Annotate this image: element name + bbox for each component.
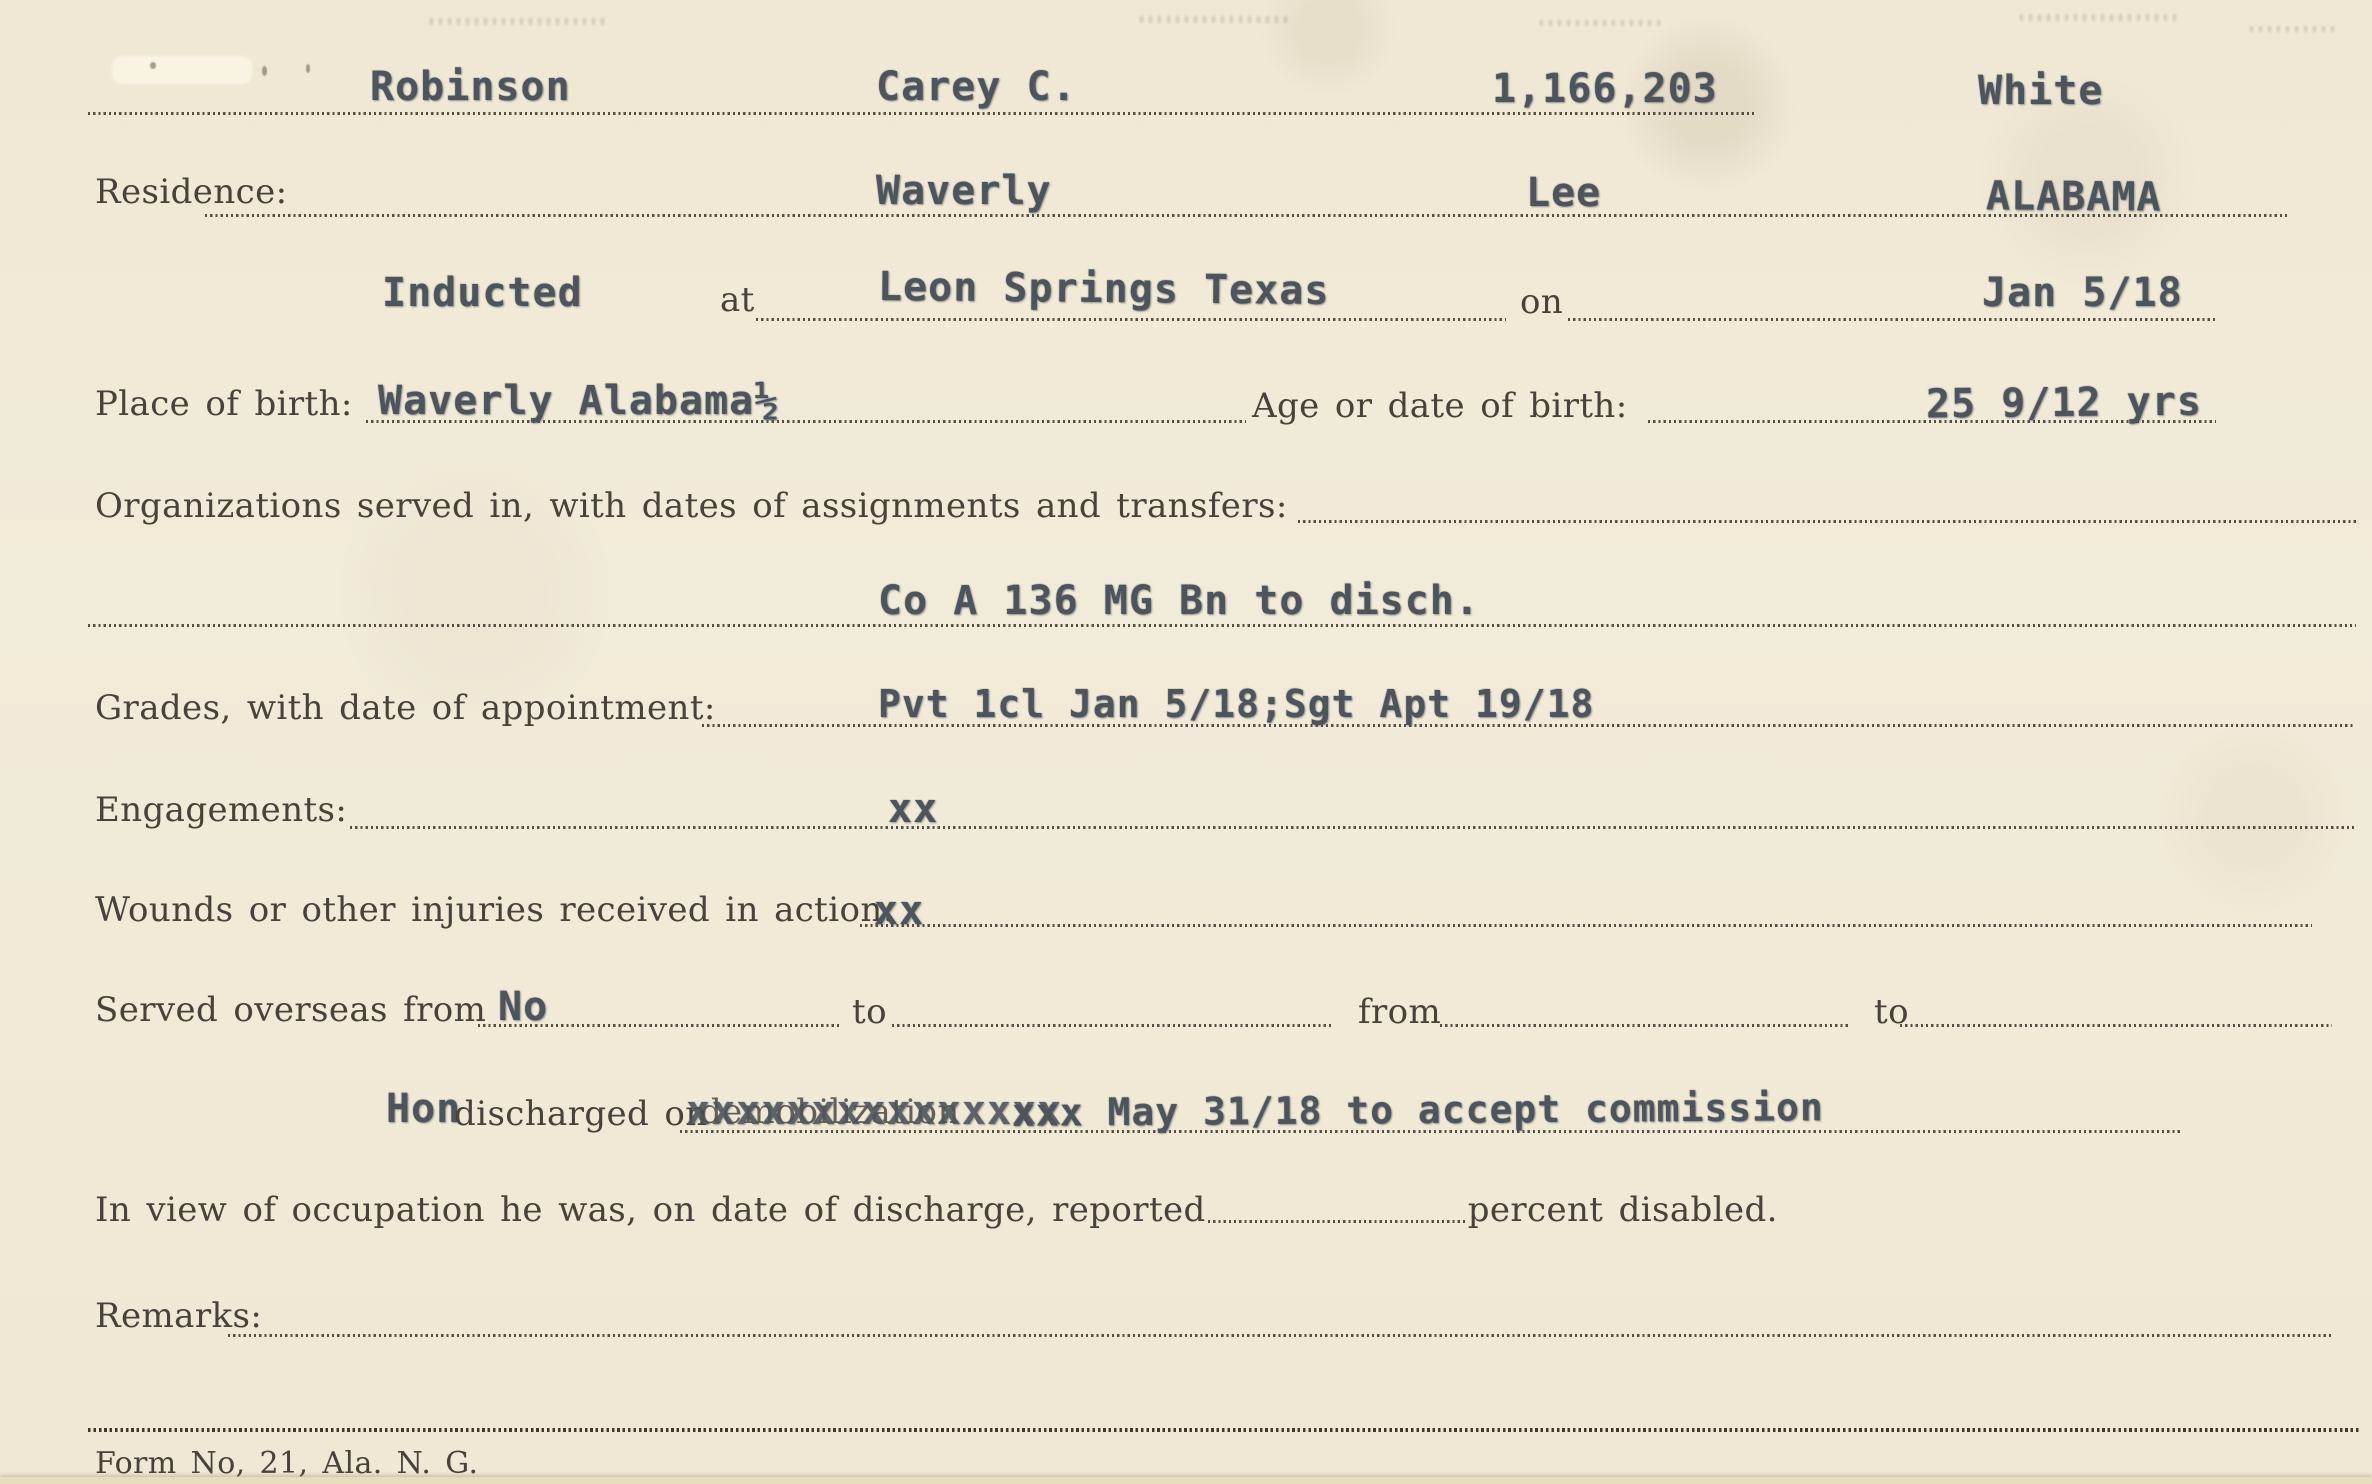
field-grades: Pvt 1cl Jan 5/18;Sgt Apt 19/18 [878, 682, 1594, 726]
field-residence-county: Lee [1526, 170, 1601, 216]
overseas-to-label-2: to [1874, 992, 1909, 1032]
disability-label-before: In view of occupation he was, on date of… [95, 1190, 1206, 1230]
field-inducted: Inducted [382, 270, 583, 316]
inducted-at-label: at [720, 280, 755, 320]
pencil-mark [262, 66, 267, 76]
overseas-from-label-2: from [1358, 992, 1441, 1032]
dotted-line [1440, 1024, 1850, 1027]
engagements-label: Engagements: [95, 790, 347, 830]
ghost-smudge [1540, 20, 1660, 26]
dotted-line [88, 624, 2356, 627]
inducted-on-label: on [1520, 282, 1563, 322]
pencil-mark [150, 62, 156, 69]
whiteout-patch [112, 56, 252, 84]
dotted-line [350, 826, 2356, 829]
field-organizations: Co A 136 MG Bn to disch. [878, 578, 1480, 624]
dotted-line [892, 1024, 1332, 1027]
dotted-line [860, 924, 2312, 927]
dotted-line [1568, 318, 2216, 321]
ghost-smudge [430, 18, 610, 25]
field-induction-place: Leon Springs Texas [878, 264, 1330, 314]
field-overseas-from: No [498, 984, 548, 1030]
dotted-line [756, 318, 1506, 321]
pencil-mark [306, 64, 310, 73]
field-given-name: Carey C. [876, 64, 1077, 110]
field-race: White [1978, 68, 2103, 114]
disability-label-after: percent disabled. [1468, 1190, 1778, 1230]
overseas-to-label-1: to [852, 992, 887, 1032]
residence-label: Residence: [95, 172, 287, 212]
card-bottom-edge [0, 1477, 2372, 1484]
dotted-line [205, 214, 2290, 217]
dotted-line [1208, 1220, 1466, 1223]
footer-divider-line [88, 1428, 2360, 1432]
field-engagements: xx [888, 786, 938, 832]
strike-xxxx-overlay: xxxxxxxxxxxxxxx [686, 1088, 1062, 1134]
field-serial-number: 1,166,203 [1492, 66, 1718, 112]
age-label: Age or date of birth: [1252, 386, 1628, 426]
dotted-line [88, 112, 1755, 115]
field-discharge-date: xxx May 31/18 to accept commission [1012, 1085, 1824, 1135]
remarks-label: Remarks: [95, 1296, 262, 1336]
field-residence-state: ALABAMA [1986, 173, 2162, 220]
field-age: 25 9/12 yrs [1926, 379, 2202, 428]
dotted-line [228, 1334, 2332, 1337]
field-residence-city: Waverly [876, 168, 1052, 214]
grades-label: Grades, with date of appointment: [95, 688, 716, 728]
form-number: Form No, 21, Ala. N. G. [95, 1446, 478, 1481]
discharged-on-label: discharged on [454, 1094, 708, 1134]
ghost-smudge [1140, 16, 1290, 23]
service-record-card: Robinson Carey C. 1,166,203 White Reside… [0, 0, 2372, 1484]
wounds-label: Wounds or other injuries received in act… [95, 890, 895, 930]
field-discharge-hon: Hon [386, 1086, 461, 1132]
dotted-line [1900, 1024, 2332, 1027]
ghost-smudge [2020, 14, 2180, 21]
organizations-label: Organizations served in, with dates of a… [95, 486, 1288, 526]
field-surname: Robinson [370, 64, 571, 110]
field-induction-date: Jan 5/18 [1982, 270, 2183, 316]
disability-row: In view of occupation he was, on date of… [95, 1190, 1778, 1230]
field-wounds: xx [874, 888, 924, 934]
birth-place-label: Place of birth: [95, 384, 353, 424]
ghost-smudge [2250, 26, 2340, 32]
field-birth-place: Waverly Alabama½ [378, 378, 779, 424]
discharge-struck-word: demobilization xxxxxxxxxxxxxxx [700, 1092, 960, 1132]
overseas-label: Served overseas from [95, 990, 486, 1030]
dotted-line [1298, 520, 2356, 523]
